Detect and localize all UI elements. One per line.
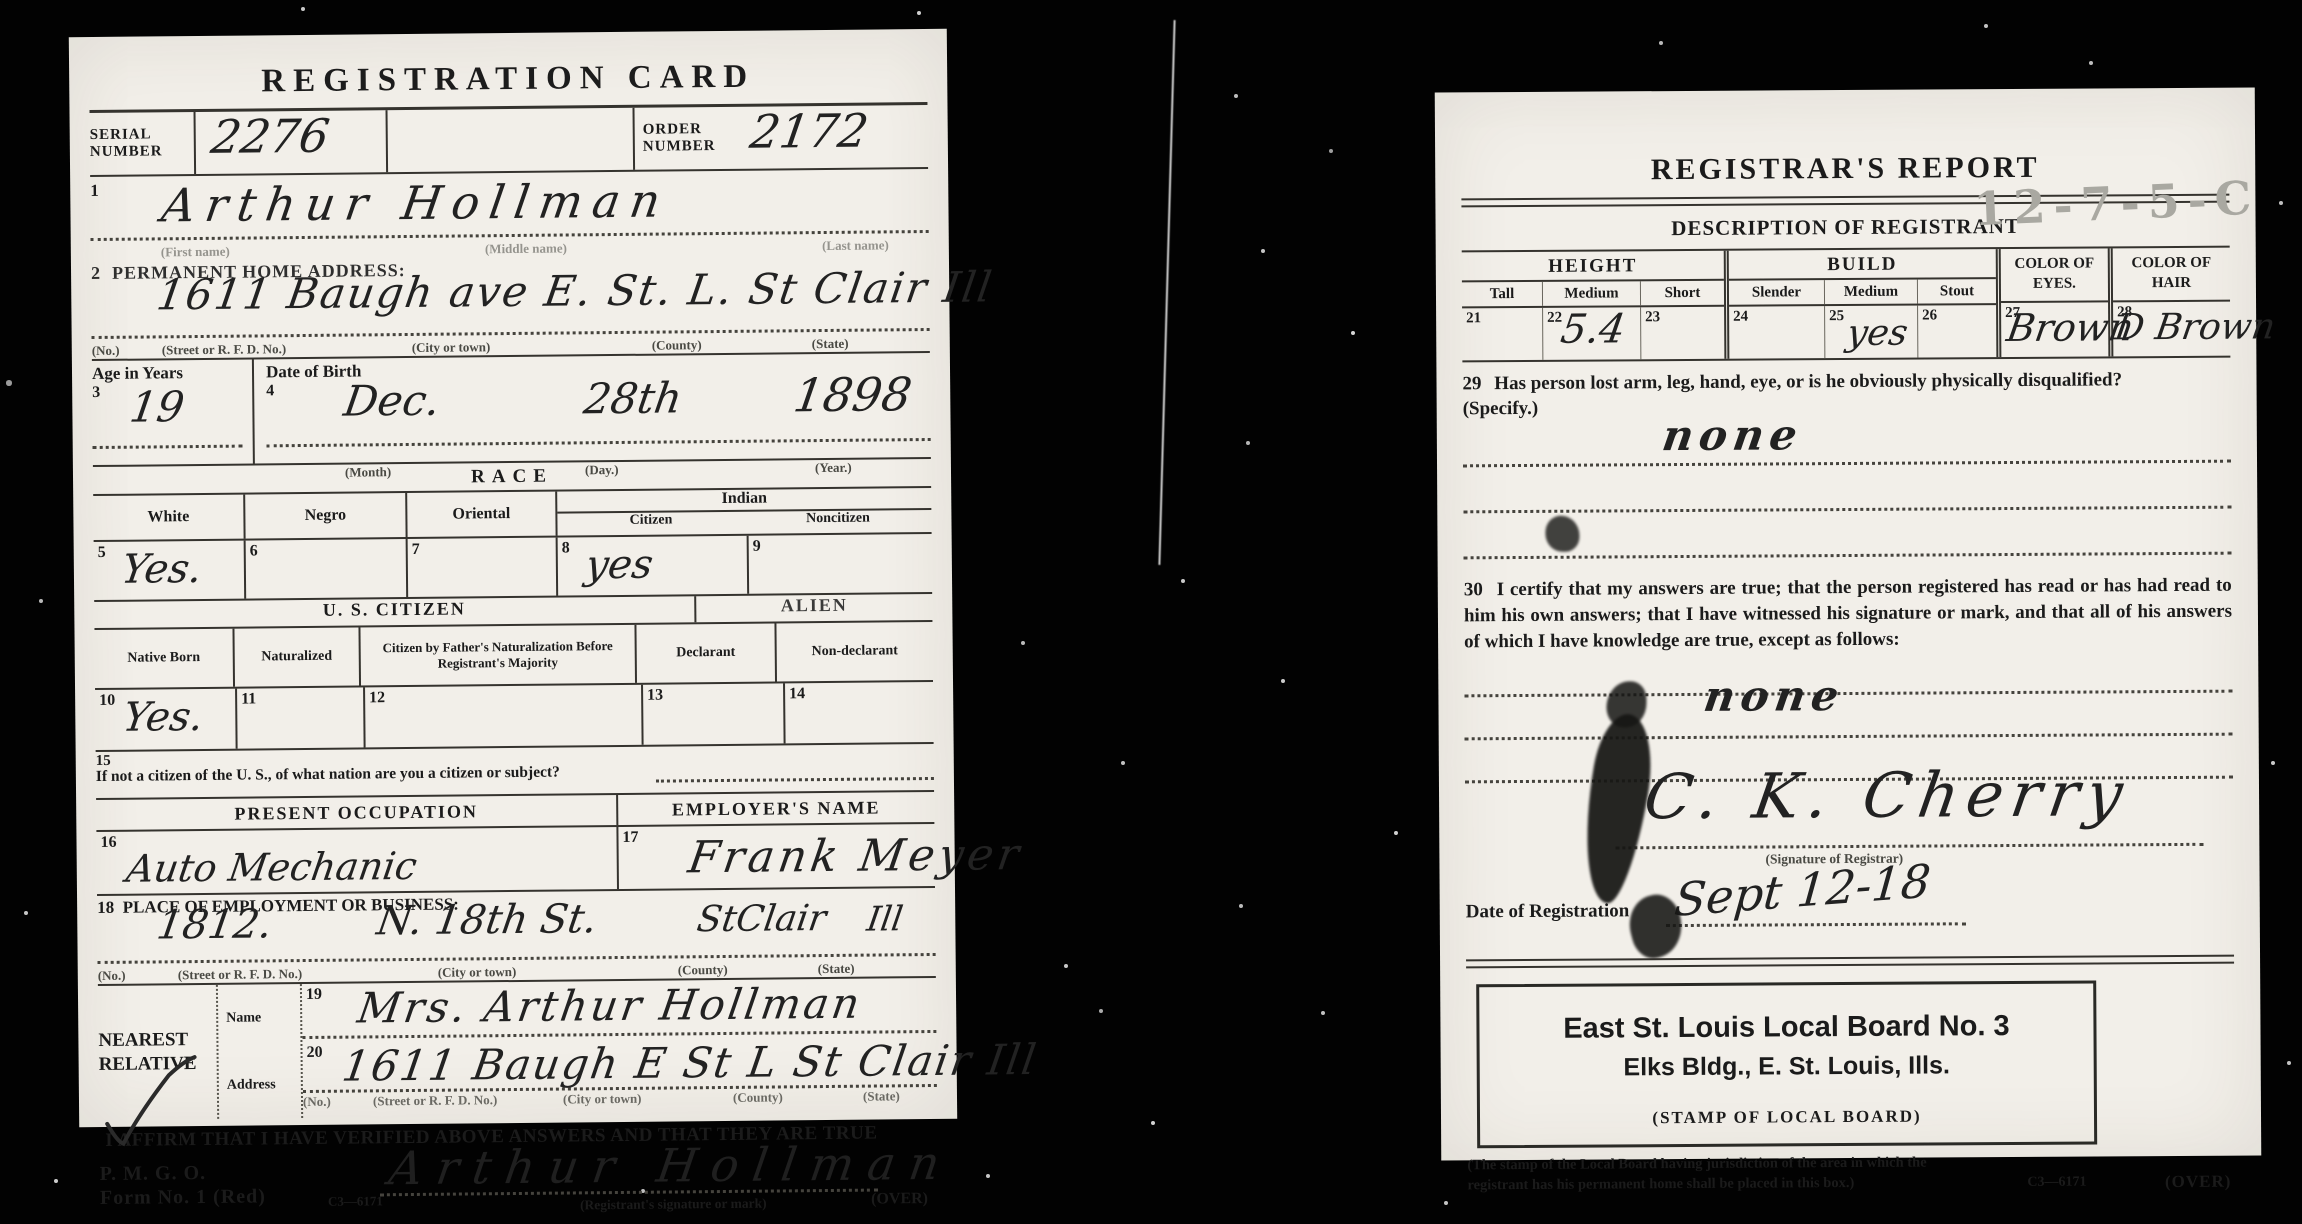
race-col-negro: Negro xyxy=(245,493,407,539)
citizen-column-headers: Native Born Naturalized Citizen by Fathe… xyxy=(94,620,933,688)
serial-label-line2: NUMBER xyxy=(90,143,194,161)
footer-over-label: (OVER) xyxy=(2165,1172,2232,1192)
nation-question-answer-line xyxy=(656,777,934,783)
dust-specks-artifact xyxy=(0,0,2,2)
race-col-white: White xyxy=(93,495,245,540)
row-number-4: 4 xyxy=(266,382,274,399)
build-col-medium: Medium xyxy=(1825,280,1918,305)
order-label-line1: ORDER xyxy=(643,121,743,139)
nation-question-text: If not a citizen of the U. S., of what n… xyxy=(96,764,560,786)
report-footer: (The stamp of the Local Board having jur… xyxy=(1467,1152,2235,1217)
race-indian-citizen-handwriting: yes xyxy=(583,545,656,586)
form-identifier: P. M. G. O. Form No. 1 (Red) xyxy=(100,1160,266,1210)
order-label-line2: NUMBER xyxy=(643,138,743,156)
board-stamp-caption: (STAMP OF LOCAL BOARD) xyxy=(1490,1106,2084,1130)
sublabel-last-name: (Last name) xyxy=(822,237,889,254)
nearest-relative-section: NEAREST RELATIVE Name Address 19 Mrs. Ar… xyxy=(98,976,937,1120)
local-board-stamp-box: East St. Louis Local Board No. 3 Elks Bl… xyxy=(1476,981,2097,1149)
question-29-specify: (Specify.) xyxy=(1463,392,2231,421)
eyes-cell: 27 Brown xyxy=(2001,302,2108,355)
footer-form-code: C3—6171 xyxy=(2027,1175,2086,1191)
employer-header: EMPLOYER'S NAME xyxy=(618,792,934,825)
relative-name-label: Name xyxy=(218,984,301,1052)
ink-smudge xyxy=(1545,516,1579,552)
citizen-section: U. S. CITIZEN ALIEN Native Born Naturali… xyxy=(94,592,933,750)
answer-line xyxy=(1463,460,2231,468)
serial-number-value: 2276 xyxy=(208,113,332,160)
build-slender-cell: 24 xyxy=(1729,306,1825,359)
serial-order-row: SERIAL NUMBER 2276 ORDER NUMBER 2172 xyxy=(89,102,928,177)
sublabel-year: (Year.) xyxy=(815,460,852,476)
dob-answer-line xyxy=(267,438,931,447)
relative-name-handwriting: Mrs. Arthur Hollman xyxy=(355,983,865,1030)
registration-date-line xyxy=(1666,923,1966,928)
footer-note: (The stamp of the Local Board having jur… xyxy=(1467,1154,1937,1196)
race-section: RACE White Negro Oriental Indian Citizen… xyxy=(93,457,932,600)
dob-month-handwriting: Dec. xyxy=(341,380,443,423)
row-number-20: 20 xyxy=(306,1044,322,1062)
question-30-answer-handwriting: none xyxy=(1701,675,1847,718)
question-29-answer-handwriting: none xyxy=(1660,414,1806,457)
race-white-handwriting: Yes. xyxy=(119,549,205,590)
eyes-header: COLOR OF EYES. xyxy=(2001,248,2108,301)
dob-day-handwriting: 28th xyxy=(581,377,685,420)
answer-line xyxy=(1463,506,2231,514)
board-stamp-line2: Elks Bldg., E. St. Louis, Ills. xyxy=(1490,1051,2084,1084)
citizen-col-native-born: Native Born xyxy=(94,629,235,688)
registrars-report-content: 12-7-5-C REGISTRAR'S REPORT DESCRIPTION … xyxy=(1435,150,2262,1223)
home-address-handwriting: 1611 Baugh ave E. St. L. St Clair Ill xyxy=(154,266,996,316)
film-scratch-artifact xyxy=(1158,20,1175,565)
race-cell-oriental: 7 xyxy=(408,538,559,597)
build-col-stout: Stout xyxy=(1918,279,1996,303)
dob-sublabels: (Month) (Day.) (Year.) xyxy=(255,459,931,465)
row-number-3: 3 xyxy=(92,384,100,401)
citizen-cell-native-born: 10 Yes. xyxy=(95,689,238,750)
answer-line xyxy=(1464,690,2232,698)
relative-address-label: Address xyxy=(219,1051,302,1119)
employment-place-row: 18 PLACE OF EMPLOYMENT OR BUSINESS: 1812… xyxy=(97,886,936,984)
relative-address-handwriting: 1611 Baugh E St L St Clair Ill xyxy=(340,1039,1041,1088)
citizen-cell-naturalized: 11 xyxy=(237,687,366,748)
registrant-name-handwriting: Arthur Hollman xyxy=(159,177,673,228)
alien-header: ALIEN xyxy=(696,594,932,622)
signature-caption: (Registrant's signature or mark) xyxy=(580,1196,767,1214)
nation-question-row: 15 If not a citizen of the U. S., of wha… xyxy=(96,742,934,798)
build-group: BUILD Slender Medium Stout 24 25 ye xyxy=(1724,249,1997,359)
hair-cell: 28 D Brown xyxy=(2113,302,2230,355)
occupation-employer-section: PRESENT OCCUPATION EMPLOYER'S NAME 16 Au… xyxy=(96,790,935,894)
order-number-label: ORDER NUMBER xyxy=(632,107,743,170)
sublabel-first-name: (First name) xyxy=(161,244,230,261)
sublabel-middle-name: (Middle name) xyxy=(485,240,567,257)
answer-line xyxy=(1464,552,2232,560)
employment-state-handwriting: Ill xyxy=(865,902,905,936)
build-medium-cell: 25 yes xyxy=(1825,306,1918,359)
registrars-report-card: 12-7-5-C REGISTRAR'S REPORT DESCRIPTION … xyxy=(1435,88,2262,1161)
registration-date-label: Date of Registration xyxy=(1466,901,1630,924)
race-col-indian-noncitizen: Noncitizen xyxy=(744,510,931,534)
employment-no-handwriting: 1812. xyxy=(154,904,274,945)
race-col-oriental: Oriental xyxy=(407,492,557,537)
double-rule xyxy=(1466,955,2234,969)
order-number-value: 2172 xyxy=(747,108,871,155)
sublabel-day: (Day.) xyxy=(585,462,619,478)
age-dob-row: Age in Years 3 19 Date of Birth 4 Dec. 2… xyxy=(92,351,931,465)
sublabel-city: (City or town) xyxy=(412,338,652,356)
row-number-17: 17 xyxy=(622,829,638,847)
question-30: 30 I certify that my answers are true; t… xyxy=(1464,573,2233,784)
registrar-signature-line xyxy=(1615,843,2203,850)
form-signature-row: P. M. G. O. Form No. 1 (Red) C3—6171 Art… xyxy=(100,1148,939,1224)
dob-cell: Date of Birth 4 Dec. 28th 1898 (Month) (… xyxy=(254,353,931,463)
occupation-cell: 16 Auto Mechanic xyxy=(96,827,619,894)
form-code: C3—6171 xyxy=(328,1193,383,1210)
height-group: HEIGHT Tall Medium Short 21 22 5.4 xyxy=(1462,251,1725,361)
order-number-cell: 2172 xyxy=(742,105,928,169)
question-29-number: 29 xyxy=(1462,373,1489,394)
citizen-cell-declarant: 13 xyxy=(643,683,786,744)
answer-line xyxy=(1465,733,2233,741)
height-value-handwriting: 5.4 xyxy=(1558,309,1628,349)
build-col-slender: Slender xyxy=(1729,280,1825,305)
citizen-cell-father-naturalization: 12 xyxy=(365,685,644,748)
race-cell-white: 5 Yes. xyxy=(94,541,247,600)
native-born-handwriting: Yes. xyxy=(120,697,206,738)
name-row: 1 Arthur Hollman (First name) (Middle na… xyxy=(90,169,929,263)
age-cell: Age in Years 3 19 xyxy=(92,359,255,465)
citizen-col-declarant: Declarant xyxy=(636,623,777,682)
hair-color-handwriting: D Brown xyxy=(2112,309,2277,346)
height-col-short: Short xyxy=(1641,281,1724,306)
board-stamp-line1: East St. Louis Local Board No. 3 xyxy=(1489,1010,2083,1047)
race-col-indian-citizen: Citizen xyxy=(557,512,744,536)
race-col-indian: Indian Citizen Noncitizen xyxy=(557,488,931,536)
employment-street-handwriting: N. 18th St. xyxy=(374,899,599,941)
height-short-cell: 23 xyxy=(1641,307,1724,360)
dob-year-handwriting: 1898 xyxy=(791,371,915,418)
serial-label-line1: SERIAL xyxy=(90,126,194,144)
sublabel-month: (Month) xyxy=(345,464,391,480)
race-cell-negro: 6 xyxy=(246,539,409,599)
height-tall-cell: 21 xyxy=(1462,308,1543,360)
hair-header: COLOR OF HAIR xyxy=(2113,248,2230,301)
race-cell-indian-citizen: 8 yes xyxy=(558,536,750,596)
employment-county-handwriting: StClair xyxy=(695,901,829,938)
height-col-medium: Medium xyxy=(1543,281,1641,306)
question-30-number: 30 xyxy=(1464,580,1491,601)
question-30-text: I certify that my answers are true; that… xyxy=(1464,575,2232,652)
height-col-tall: Tall xyxy=(1462,282,1543,306)
pen-checkmark-icon xyxy=(99,1053,210,1149)
citizen-col-naturalized: Naturalized xyxy=(234,627,361,686)
sublabel-no: (No.) xyxy=(92,342,162,359)
row-number-18: 18 xyxy=(97,898,114,917)
home-address-row: 2 PERMANENT HOME ADDRESS: 1611 Baugh ave… xyxy=(91,255,930,359)
age-handwriting: 19 xyxy=(127,386,187,429)
build-stout-cell: 26 xyxy=(1918,305,1996,357)
registration-date-row: Date of Registration Sept 12-18 xyxy=(1466,883,2234,934)
description-table: HEIGHT Tall Medium Short 21 22 5.4 xyxy=(1462,248,2231,363)
age-answer-line xyxy=(93,445,243,449)
occupation-handwriting: Auto Mechanic xyxy=(124,847,420,888)
row-number-16: 16 xyxy=(100,834,116,852)
citizen-cell-non-declarant: 14 xyxy=(785,682,934,743)
row-number-19: 19 xyxy=(306,986,322,1004)
registration-card-title: REGISTRATION CARD xyxy=(89,57,927,102)
race-answer-cells: 5 Yes. 6 7 8 yes xyxy=(94,532,933,600)
registrar-signature-handwriting: C. K. Cherry xyxy=(1640,764,2134,829)
sublabel-state: (State) xyxy=(812,336,849,352)
registration-card-content: REGISTRATION CARD SERIAL NUMBER 2276 ORD… xyxy=(69,57,957,1155)
height-medium-cell: 22 5.4 xyxy=(1543,307,1641,360)
race-column-headers: White Negro Oriental Indian Citizen Nonc… xyxy=(93,486,931,540)
serial-row-spacer xyxy=(388,108,634,172)
race-cell-indian-noncitizen: 9 xyxy=(749,534,933,594)
row-number-1: 1 xyxy=(90,181,99,201)
registrant-signature-handwriting: Arthur Hollman xyxy=(386,1140,956,1191)
serial-number-cell: 2276 xyxy=(196,110,389,174)
citizen-col-father-naturalization: Citizen by Father's Naturalization Befor… xyxy=(360,625,637,686)
employer-handwriting: Frank Meyer xyxy=(685,833,1025,880)
age-header: Age in Years xyxy=(92,359,252,384)
hair-group: COLOR OF HAIR 28 D Brown xyxy=(2108,248,2231,357)
sublabel-street: (Street or R. F. D. No.) xyxy=(162,340,412,358)
employer-cell: 17 Frank Meyer xyxy=(618,824,935,889)
sublabel-county: (County) xyxy=(652,336,812,354)
citizen-answer-cells: 10 Yes. 11 12 13 xyxy=(95,680,934,750)
over-label: (OVER) xyxy=(871,1190,928,1209)
question-29-text: Has person lost arm, leg, hand, eye, or … xyxy=(1494,369,2122,394)
citizen-col-non-declarant: Non-declarant xyxy=(776,622,933,681)
occupation-header: PRESENT OCCUPATION xyxy=(96,795,618,830)
registration-card: REGISTRATION CARD SERIAL NUMBER 2276 ORD… xyxy=(69,29,957,1127)
scanned-document-page: REGISTRATION CARD SERIAL NUMBER 2276 ORD… xyxy=(0,0,2302,1224)
build-value-handwriting: yes xyxy=(1844,316,1910,352)
eyes-group: COLOR OF EYES. 27 Brown xyxy=(1996,248,2109,357)
row-number-2: 2 xyxy=(91,263,101,283)
serial-number-label: SERIAL NUMBER xyxy=(90,112,197,175)
